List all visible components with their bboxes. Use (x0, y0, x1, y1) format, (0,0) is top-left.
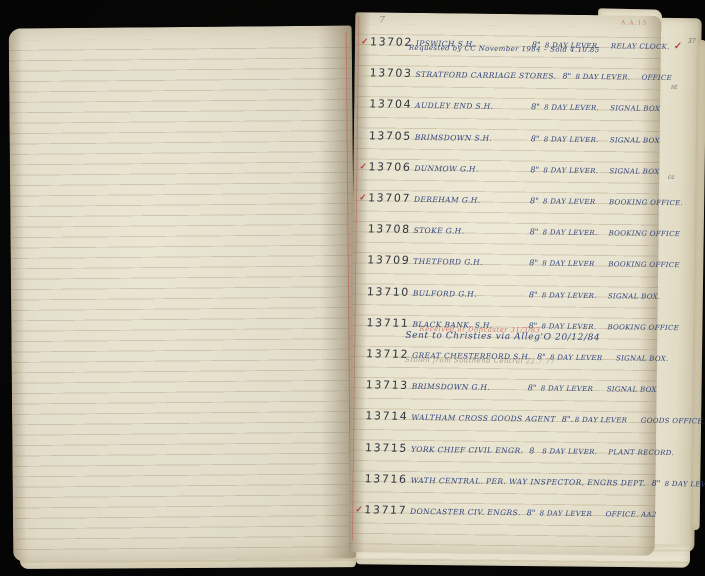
entry-dial-size: 8" (530, 165, 543, 174)
entry-placement: BOOKING OFFICE (609, 229, 681, 238)
entry-movement: 8 DAY LEVER (575, 416, 639, 425)
entry-movement: 8 DAY LEVER (665, 480, 705, 489)
entry-location: BRIMSDOWN G.H. (412, 382, 528, 392)
right-page-entries: 7 A.A.15 ✓ 13702 IPSWICH S.H. 8" 8 DAY L… (349, 12, 662, 556)
entry-location: BULFORD G.H. (413, 288, 529, 298)
ledger-entry: ✓ 13717 DONCASTER CIV. ENGRS. 8" 8 DAY L… (355, 503, 653, 533)
entry-dial-size: 8" (530, 196, 543, 205)
entry-number: 13707 (368, 191, 415, 205)
ledger-book: 7 A.A.15 ✓ 13702 IPSWICH S.H. 8" 8 DAY L… (0, 0, 705, 576)
entry-dial-size: 8" (530, 227, 543, 236)
entry-placement: BOOKING OFFICE (607, 323, 679, 332)
entry-number: 13706 (368, 160, 415, 174)
entry-dial-size: 8" (527, 508, 540, 517)
entry-number: 13716 (364, 472, 411, 486)
entry-location: AUDLEY END S.H. (415, 101, 531, 111)
ledger-entry: 13715 YORK CHIEF CIVIL ENGR. 8 8 DAY LEV… (356, 441, 654, 471)
entry-placement: BOOKING OFFICE (608, 261, 680, 270)
edge-text-fragment: nt (671, 84, 677, 91)
entry-location: BRIMSDOWN S.H. (415, 132, 531, 142)
entry-number: 13704 (369, 98, 416, 112)
entry-movement: 8 DAY LEVER. (542, 447, 606, 456)
ledger-entry: 13711 BLACK BANK. S.H. 8" 8 DAY LEVER. B… (357, 316, 655, 346)
ledger-entry: 13713 BRIMSDOWN G.H. 8" 8 DAY LEVER SIGN… (357, 378, 655, 408)
entry-dial-size: 8 (529, 446, 542, 455)
entry-number: 13703 (369, 67, 416, 81)
edge-text-fragment: cc (668, 174, 675, 181)
entry-number: 13714 (365, 410, 412, 424)
entry-annotation: Sent to Christies via Alleg'O 20/12/84 (405, 331, 600, 343)
entry-location: YORK CHIEF CIVIL ENGR. (411, 444, 529, 454)
entry-location: WALTHAM CROSS GOODS AGENT (411, 413, 562, 424)
entry-location: DONCASTER CIV. ENGRS. (410, 507, 527, 517)
entry-number: 13708 (367, 223, 414, 237)
entry-annotation: Requested by CC November 1984 – Sold 4.1… (409, 44, 600, 54)
entry-movement: 8 DAY LEVER (543, 197, 607, 206)
red-checkmark-icon: ✓ (359, 193, 368, 203)
ledger-entry: 13703 STRATFORD CARRIAGE STORES. 8" 8 DA… (360, 66, 658, 96)
entry-dial-size: 8". (562, 415, 575, 424)
entry-placement: PLANT RECORD. (608, 448, 674, 457)
entry-movement: 8 DAY LEVER (550, 354, 614, 363)
entry-movement: 8 DAY LEVER (540, 509, 604, 518)
entry-number: 13713 (365, 378, 412, 392)
entry-location: DEREHAM G.H. (414, 195, 530, 205)
left-page-blank (9, 26, 357, 562)
entry-placement: SIGNAL BOX (610, 105, 660, 114)
entry-placement: SIGNAL BOX (607, 385, 657, 394)
entry-movement: 8 DAY LEVER. (544, 135, 608, 144)
entry-location: THETFORD G.H. (413, 257, 529, 267)
entry-placement: SIGNAL BOX (610, 136, 660, 145)
ruled-lines (9, 38, 356, 554)
red-checkmark-after-icon: ✓ (674, 41, 683, 52)
red-checkmark-icon: ✓ (359, 162, 368, 172)
entry-movement: 8 DAY LEVER (541, 385, 605, 394)
entry-dial-size: 8" (652, 479, 665, 488)
entries-list: ✓ 13702 IPSWICH S.H. 8" 8 DAY LEVER. REL… (349, 12, 662, 556)
red-checkmark-icon: ✓ (361, 37, 370, 47)
entry-dial-size: 8" (562, 72, 575, 81)
entry-location: DUNMOW G.H. (414, 164, 530, 174)
ledger-entry: 13708 STOKE G.H. 8" 8 DAY LEVER. BOOKING… (358, 222, 656, 252)
entry-placement: OFFICE. AA2 (606, 510, 657, 519)
ledger-entry: 13712 GREAT CHESTERFORD S.H. 8" 8 DAY LE… (357, 347, 655, 377)
entry-placement: BOOKING OFFICE. (609, 198, 683, 207)
entry-annotation: Stolen from Southend Central 22.7.77 (405, 356, 555, 366)
entry-location: STOKE G.H. (414, 226, 530, 236)
ledger-entry: 13709 THETFORD G.H. 8" 8 DAY LEVER BOOKI… (358, 254, 656, 284)
entry-location: STRATFORD CARRIAGE STORES. (415, 70, 562, 81)
entry-number: 13711 (366, 316, 413, 330)
entry-placement: SIGNAL BOX. (608, 292, 661, 301)
red-checkmark-icon: ✓ (355, 505, 364, 515)
entry-number: 13710 (366, 285, 413, 299)
ledger-entry: 13716 WATH CENTRAL. PER. WAY INSPECTOR, … (355, 472, 653, 502)
entry-placement: GOODS OFFICE. (641, 417, 705, 426)
entry-dial-size: 8" (531, 134, 544, 143)
entry-movement: 8 DAY LEVER. (544, 104, 608, 113)
entry-dial-size: 8" (529, 290, 542, 299)
entry-placement: SIGNAL BOX. (616, 354, 669, 363)
entry-movement: 8 DAY LEVER (542, 260, 606, 269)
entry-number: 13715 (365, 441, 412, 455)
ledger-entry: 13705 BRIMSDOWN S.H. 8" 8 DAY LEVER. SIG… (360, 129, 658, 159)
entry-number: 13705 (368, 129, 415, 143)
entry-placement: SIGNAL BOX (609, 167, 659, 176)
entry-number: 13717 (364, 503, 411, 517)
entry-dial-size: 8" (529, 259, 542, 268)
ledger-entry: ✓ 13706 DUNMOW G.H. 8" 8 DAY LEVER. SIGN… (359, 160, 657, 190)
entry-dial-size: 8" (531, 103, 544, 112)
entry-location: WATH CENTRAL. PER. WAY INSPECTOR, ENGRS … (411, 476, 652, 488)
entry-movement: 8 DAY LEVER. (575, 73, 639, 82)
entry-placement: RELAY CLOCK. (611, 42, 670, 51)
entry-movement: 8 DAY LEVER. (541, 322, 605, 331)
entry-movement: 8 DAY LEVER. (543, 166, 607, 175)
entry-dial-size: 8" (528, 383, 541, 392)
entry-placement: OFFICE (641, 74, 672, 82)
ledger-entry: ✓ 13707 DEREHAM G.H. 8" 8 DAY LEVER BOOK… (359, 191, 657, 221)
entry-movement: 8 DAY LEVER. (542, 291, 606, 300)
entry-number: 13709 (367, 254, 414, 268)
ledger-entry: 13704 AUDLEY END S.H. 8" 8 DAY LEVER. SI… (360, 98, 658, 128)
ledger-entry: 13710 BULFORD G.H. 8" 8 DAY LEVER. SIGNA… (358, 285, 656, 315)
edge-text-fragment: 37 (688, 38, 696, 45)
ledger-entry: 13714 WALTHAM CROSS GOODS AGENT 8". 8 DA… (356, 410, 654, 440)
ledger-entry: ✓ 13702 IPSWICH S.H. 8" 8 DAY LEVER. REL… (361, 35, 659, 65)
entry-movement: 8 DAY LEVER. (543, 229, 607, 238)
